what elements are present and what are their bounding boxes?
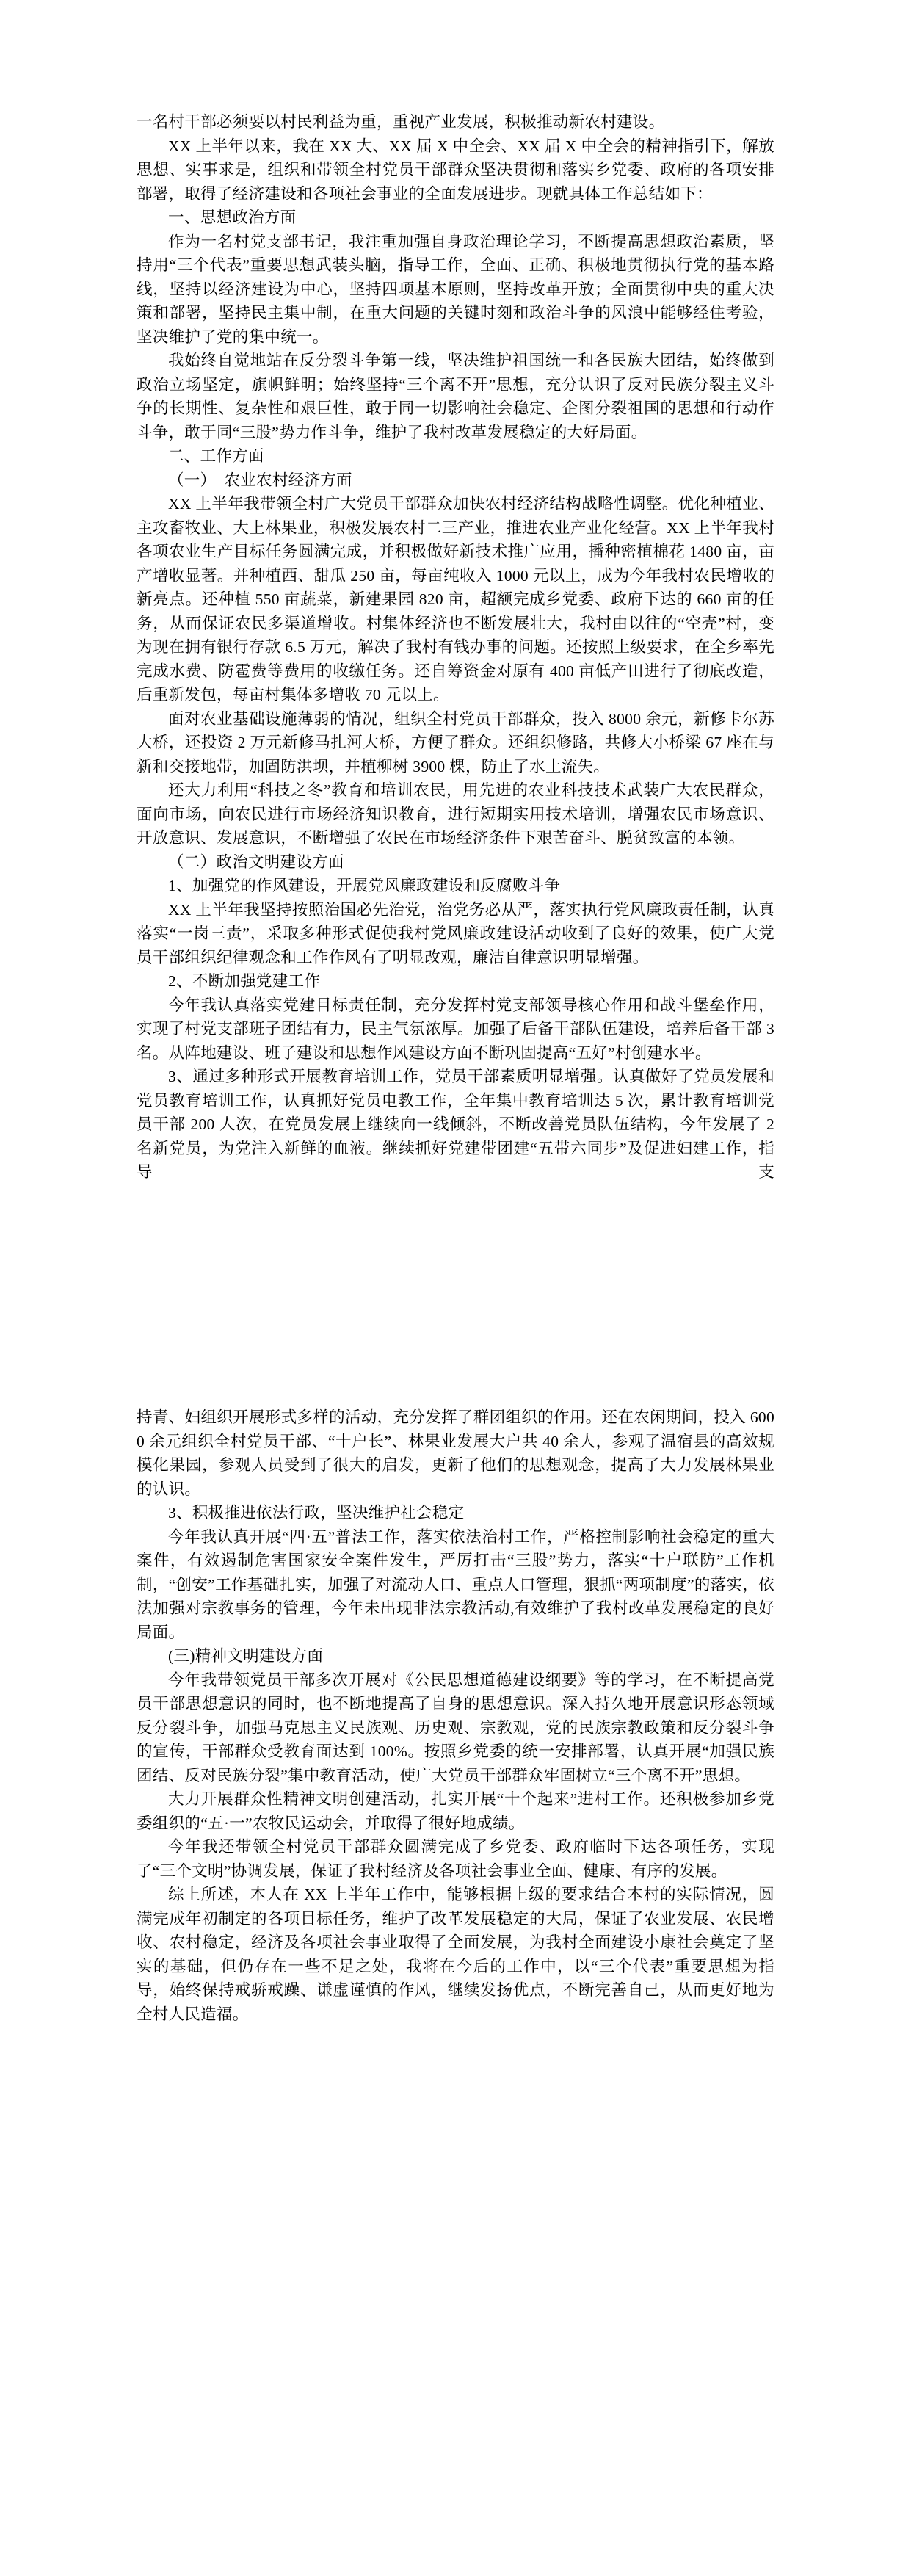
- paragraph: 综上所述，本人在 XX 上半年工作中，能够根据上级的要求结合本村的实际情况，圆满…: [137, 1883, 774, 2026]
- paragraph: XX 上半年以来，我在 XX 大、XX 届 X 中全会、XX 届 X 中全会的精…: [137, 134, 774, 206]
- paragraph: 我始终自觉地站在反分裂斗争第一线，坚决维护祖国统一和各民族大团结，始终做到政治立…: [137, 349, 774, 444]
- paragraph: 还大力利用“科技之冬”教育和培训农民，用先进的农业科技技术武装广大农民群众，面向…: [137, 778, 774, 850]
- paragraph: 持青、妇组织开展形式多样的活动，充分发挥了群团组织的作用。还在农闲期间，投入 6…: [137, 1405, 774, 1501]
- section-heading: 2、不断加强党建工作: [137, 969, 774, 994]
- section-heading: 二、工作方面: [137, 444, 774, 468]
- paragraph: XX 上半年我带领全村广大党员干部群众加快农村经济结构战略性调整。优化种植业、主…: [137, 492, 774, 707]
- document: 一名村干部必须要以村民利益为重，重视产业发展，积极推动新农村建设。XX 上半年以…: [0, 0, 911, 2576]
- section-heading: 一、思想政治方面: [137, 206, 774, 230]
- section-heading: （一） 农业农村经济方面: [137, 468, 774, 493]
- section-heading: 3、积极推进依法行政，坚决维护社会稳定: [137, 1501, 774, 1525]
- paragraph: 今年我认真落实党建目标责任制，充分发挥村党支部领导核心作用和战斗堡垒作用，实现了…: [137, 994, 774, 1066]
- paragraph: 面对农业基础设施薄弱的情况，组织全村党员干部群众，投入 8000 余元，新修卡尔…: [137, 707, 774, 779]
- paragraph: 大力开展群众性精神文明创建活动，扎实开展“十个起来”进村工作。还积极参加乡党委组…: [137, 1787, 774, 1835]
- paragraph: XX 上半年我坚持按照治国必先治党，治党务必从严，落实执行党风廉政责任制，认真落…: [137, 898, 774, 970]
- section-heading: (三)精神文明建设方面: [137, 1644, 774, 1668]
- paragraph: 作为一名村党支部书记，我注重加强自身政治理论学习，不断提高思想政治素质，坚持用“…: [137, 230, 774, 350]
- section-heading: （二）政治文明建设方面: [137, 850, 774, 875]
- page-1: 一名村干部必须要以村民利益为重，重视产业发展，积极推动新农村建设。XX 上半年以…: [0, 0, 911, 1288]
- paragraph: 今年我带领党员干部多次开展对《公民思想道德建设纲要》等的学习，在不断提高党员干部…: [137, 1668, 774, 1788]
- section-heading: 1、加强党的作风建设，开展党风廉政建设和反腐败斗争: [137, 874, 774, 898]
- paragraph: 今年我认真开展“四·五”普法工作，落实依法治村工作，严格控制影响社会稳定的重大案…: [137, 1525, 774, 1645]
- paragraph: 一名村干部必须要以村民利益为重，重视产业发展，积极推动新农村建设。: [137, 110, 774, 134]
- page-2: 持青、妇组织开展形式多样的活动，充分发挥了群团组织的作用。还在农闲期间，投入 6…: [0, 1288, 911, 2576]
- paragraph: 3、通过多种形式开展教育培训工作，党员干部素质明显增强。认真做好了党员发展和党员…: [137, 1065, 774, 1184]
- paragraph: 今年我还带领全村党员干部群众圆满完成了乡党委、政府临时下达各项任务，实现了“三个…: [137, 1835, 774, 1883]
